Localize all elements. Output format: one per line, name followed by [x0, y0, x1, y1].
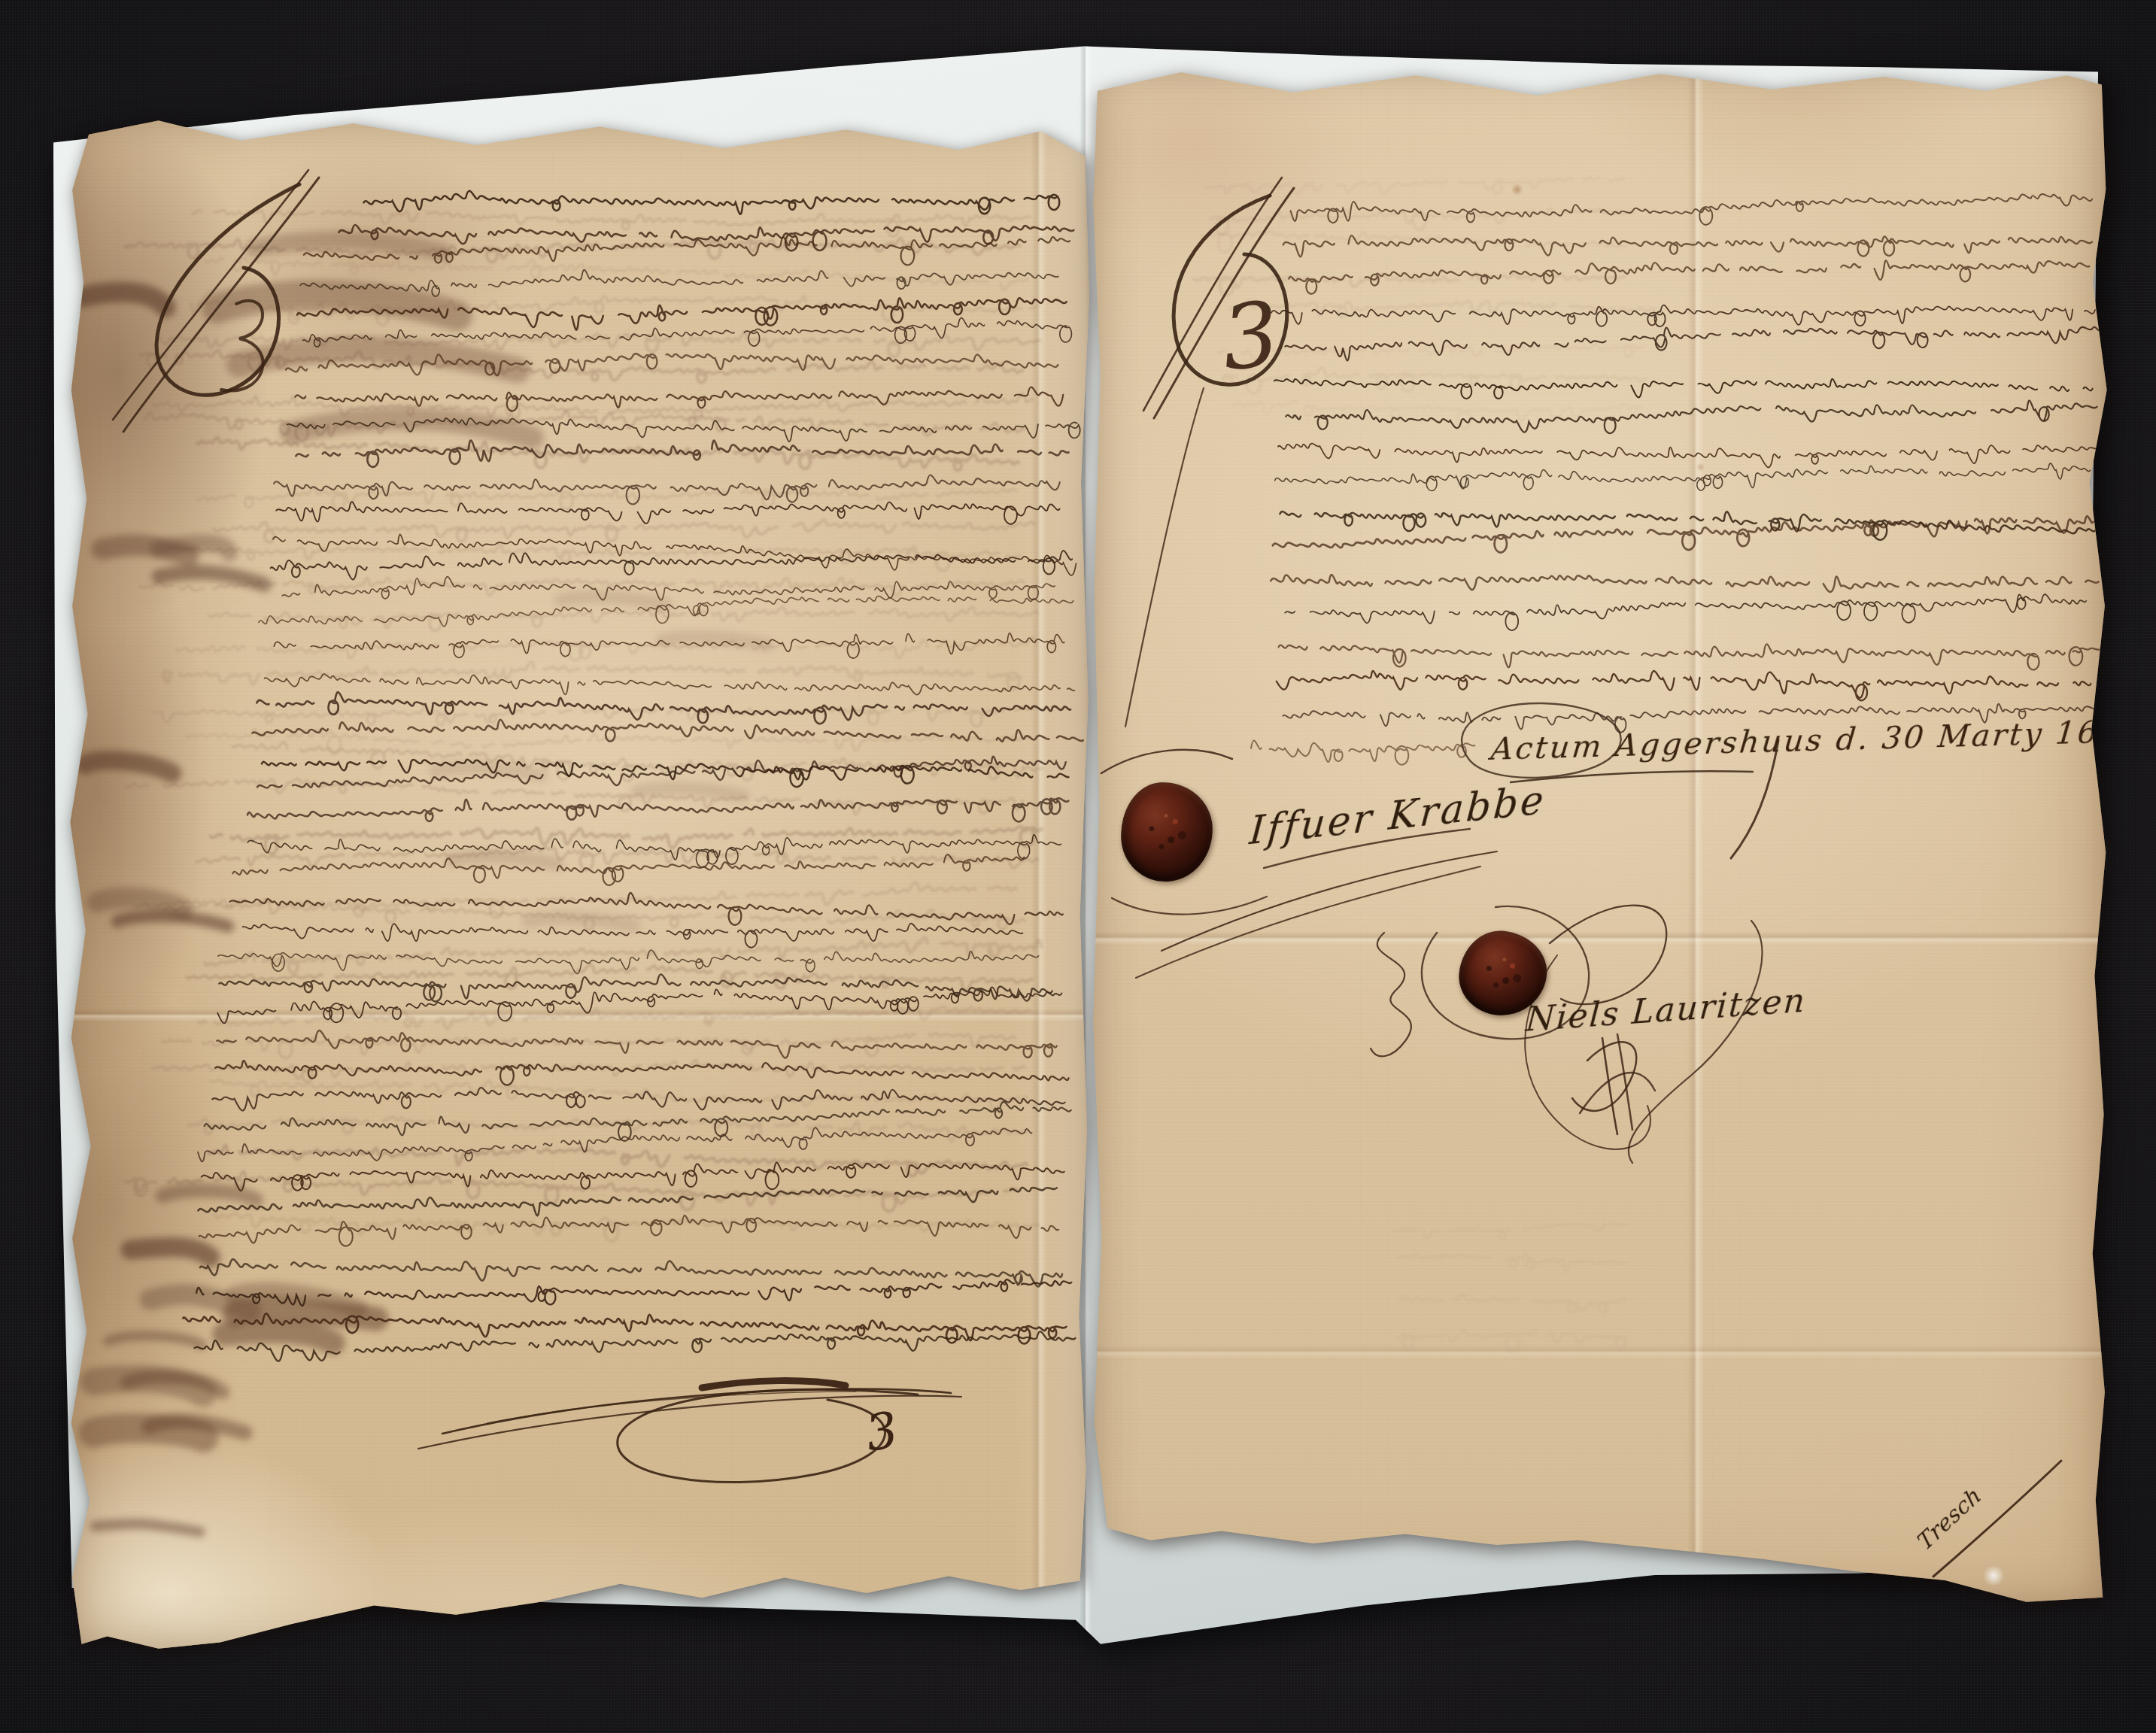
handwriting-right: 3	[1089, 66, 2108, 1608]
manuscript-page-left: 3	[66, 113, 1092, 1655]
left-page-paper: 3	[66, 113, 1092, 1655]
margin-mark-3-right: 3	[1217, 281, 1284, 390]
manuscript-page-right: 3 Actum Aggershuus d. 30 Marty 1666 Iffu…	[1089, 66, 2108, 1608]
handwriting-left: 3	[66, 113, 1092, 1655]
archival-scan: 3 3 Actum Aggershuus d. 30 Marty 1666 If…	[0, 0, 2156, 1733]
right-page-paper: 3 Actum Aggershuus d. 30 Marty 1666 Iffu…	[1089, 66, 2108, 1608]
folio-mark-3-left: 3	[861, 1401, 902, 1463]
